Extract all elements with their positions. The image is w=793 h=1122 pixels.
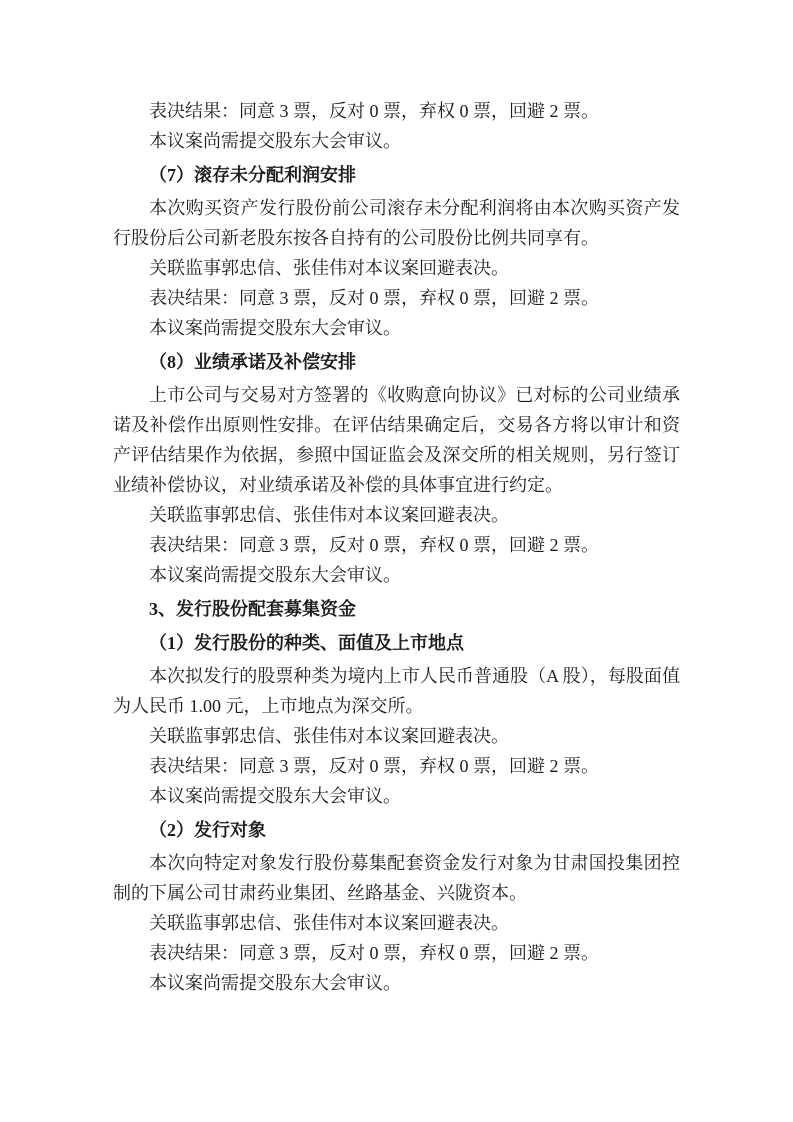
vote-result-text: 表决结果：同意 3 票，反对 0 票，弃权 0 票，回避 2 票。 (113, 751, 680, 781)
recusal-text: 关联监事郭忠信、张佳伟对本议案回避表决。 (113, 253, 680, 283)
paragraph-issuance-targets: 本次向特定对象发行股份募集配套资金发行对象为甘肃国投集团控制的下属公司甘肃药业集… (113, 848, 680, 908)
paragraph-retained-profit: 本次购买资产发行股份前公司滚存未分配利润将由本次购买资产发行股份后公司新老股东按… (113, 193, 680, 253)
paragraph-share-type-and-venue: 本次拟发行的股票种类为境内上市人民币普通股（A 股），每股面值为人民币 1.00… (113, 661, 680, 721)
vote-result-text: 表决结果：同意 3 票，反对 0 票，弃权 0 票，回避 2 票。 (113, 938, 680, 968)
heading-retained-profit: （7）滚存未分配利润安排 (113, 160, 680, 190)
vote-result-text: 表决结果：同意 3 票，反对 0 票，弃权 0 票，回避 2 票。 (113, 96, 680, 126)
heading-share-type-and-venue: （1）发行股份的种类、面值及上市地点 (113, 628, 680, 658)
heading-issuance-targets: （2）发行对象 (113, 815, 680, 845)
recusal-text: 关联监事郭忠信、张佳伟对本议案回避表决。 (113, 721, 680, 751)
recusal-text: 关联监事郭忠信、张佳伟对本议案回避表决。 (113, 500, 680, 530)
submit-to-shareholders-text: 本议案尚需提交股东大会审议。 (113, 313, 680, 343)
vote-result-text: 表决结果：同意 3 票，反对 0 票，弃权 0 票，回避 2 票。 (113, 283, 680, 313)
paragraph-performance-commitment: 上市公司与交易对方签署的《收购意向协议》已对标的公司业绩承诺及补偿作出原则性安排… (113, 380, 680, 500)
vote-result-text: 表决结果：同意 3 票，反对 0 票，弃权 0 票，回避 2 票。 (113, 530, 680, 560)
submit-to-shareholders-text: 本议案尚需提交股东大会审议。 (113, 560, 680, 590)
submit-to-shareholders-text: 本议案尚需提交股东大会审议。 (113, 126, 680, 156)
heading-supporting-funds: 3、发行股份配套募集资金 (113, 594, 680, 624)
recusal-text: 关联监事郭忠信、张佳伟对本议案回避表决。 (113, 908, 680, 938)
submit-to-shareholders-text: 本议案尚需提交股东大会审议。 (113, 781, 680, 811)
submit-to-shareholders-text: 本议案尚需提交股东大会审议。 (113, 968, 680, 998)
document-page: 表决结果：同意 3 票，反对 0 票，弃权 0 票，回避 2 票。 本议案尚需提… (0, 0, 793, 1122)
heading-performance-commitment: （8）业绩承诺及补偿安排 (113, 347, 680, 377)
